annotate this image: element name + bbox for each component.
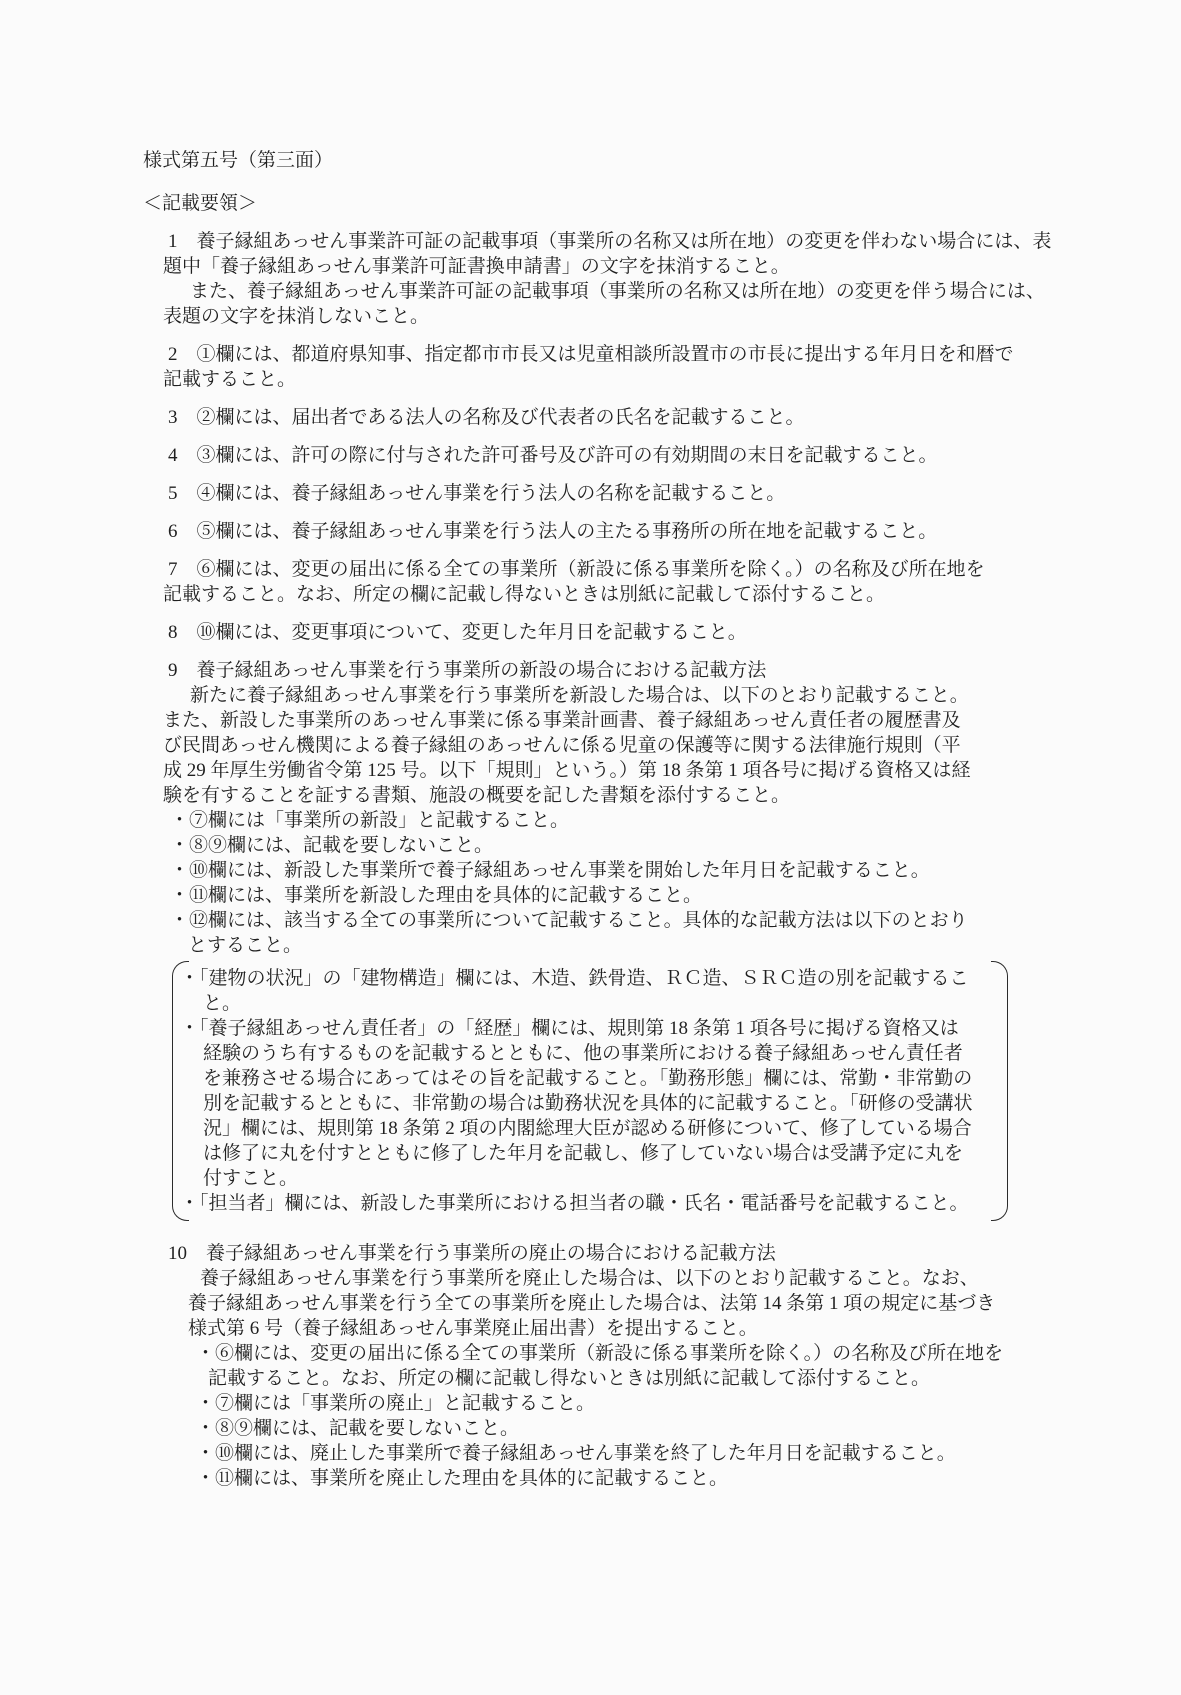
text-line: ・⑧⑨欄には、記載を要しないこと。 xyxy=(170,833,1181,858)
text-line: ・⑩欄には、廃止した事業所で養子縁組あっせん事業を終了した年月日を記載すること。 xyxy=(196,1441,1181,1466)
instruction-item: 9 養子縁組あっせん事業を行う事業所の新設の場合における記載方法新たに養子縁組あ… xyxy=(0,658,1181,958)
notes-box: ・「建物の状況」の「建物構造」欄には、木造、鉄骨造、ＲＣ造、ＳＲＣ造の別を記載す… xyxy=(172,961,1008,1221)
text-line: 10 養子縁組あっせん事業を行う事業所の廃止の場合における記載方法 xyxy=(168,1241,1181,1266)
text-line: ・「養子縁組あっせん責任者」の「経歴」欄には、規則第 18 条第 1 項各号に掲… xyxy=(180,1016,1008,1041)
text-line: 表題の文字を抹消しないこと。 xyxy=(163,304,1181,329)
text-line: 9 養子縁組あっせん事業を行う事業所の新設の場合における記載方法 xyxy=(168,658,1181,683)
text-line: 2 ①欄には、都道府県知事、指定都市市長又は児童相談所設置市の市長に提出する年月… xyxy=(168,342,1181,367)
text-line: 付すこと。 xyxy=(203,1166,1008,1191)
section-heading: ＜記載要領＞ xyxy=(143,191,1181,216)
text-line: 成 29 年厚生労働省令第 125 号。以下「規則」という。）第 18 条第 1… xyxy=(163,758,1181,783)
text-line: 様式第 6 号（養子縁組あっせん事業廃止届出書）を提出すること。 xyxy=(188,1316,1181,1341)
text-line: 新たに養子縁組あっせん事業を行う事業所を新設した場合は、以下のとおり記載すること… xyxy=(190,683,1181,708)
text-line: 記載すること。 xyxy=(163,367,1181,392)
text-line: ・⑪欄には、事業所を新設した理由を具体的に記載すること。 xyxy=(170,883,1181,908)
instruction-item: 1 養子縁組あっせん事業許可証の記載事項（事業所の名称又は所在地）の変更を伴わな… xyxy=(0,229,1181,329)
text-line: また、養子縁組あっせん事業許可証の記載事項（事業所の名称又は所在地）の変更を伴う… xyxy=(190,279,1181,304)
instruction-item: 3 ②欄には、届出者である法人の名称及び代表者の氏名を記載すること。 xyxy=(0,405,1181,430)
text-line: 1 養子縁組あっせん事業許可証の記載事項（事業所の名称又は所在地）の変更を伴わな… xyxy=(168,229,1181,254)
text-line: ・「建物の状況」の「建物構造」欄には、木造、鉄骨造、ＲＣ造、ＳＲＣ造の別を記載す… xyxy=(180,966,1008,991)
text-line: 養子縁組あっせん事業を行う全ての事業所を廃止した場合は、法第 14 条第 1 項… xyxy=(188,1291,1181,1316)
text-line: 8 ⑩欄には、変更事項について、変更した年月日を記載すること。 xyxy=(168,620,1181,645)
instruction-item: 8 ⑩欄には、変更事項について、変更した年月日を記載すること。 xyxy=(0,620,1181,645)
text-line: 7 ⑥欄には、変更の届出に係る全ての事業所（新設に係る事業所を除く。）の名称及び… xyxy=(168,557,1181,582)
instruction-item: 2 ①欄には、都道府県知事、指定都市市長又は児童相談所設置市の市長に提出する年月… xyxy=(0,342,1181,392)
text-line: 況」欄には、規則第 18 条第 2 項の内閣総理大臣が認める研修について、修了し… xyxy=(203,1116,1008,1141)
text-line: また、新設した事業所のあっせん事業に係る事業計画書、養子縁組あっせん責任者の履歴… xyxy=(163,708,1181,733)
instruction-item: 10 養子縁組あっせん事業を行う事業所の廃止の場合における記載方法養子縁組あっせ… xyxy=(0,1241,1181,1491)
text-line: ・⑥欄には、変更の届出に係る全ての事業所（新設に係る事業所を除く。）の名称及び所… xyxy=(196,1341,1181,1366)
instruction-item: 5 ④欄には、養子縁組あっせん事業を行う法人の名称を記載すること。 xyxy=(0,481,1181,506)
text-line: は修了に丸を付すとともに修了した年月を記載し、修了していない場合は受講予定に丸を xyxy=(203,1141,1008,1166)
text-line: 4 ③欄には、許可の際に付与された許可番号及び許可の有効期間の末日を記載すること… xyxy=(168,443,1181,468)
text-line: と。 xyxy=(203,991,1008,1016)
text-line: 別を記載するとともに、非常勤の場合は勤務状況を具体的に記載すること。「研修の受講… xyxy=(203,1091,1008,1116)
instruction-item: 4 ③欄には、許可の際に付与された許可番号及び許可の有効期間の末日を記載すること… xyxy=(0,443,1181,468)
text-line: ・⑦欄には「事業所の新設」と記載すること。 xyxy=(170,808,1181,833)
text-line: ・⑪欄には、事業所を廃止した理由を具体的に記載すること。 xyxy=(196,1466,1181,1491)
text-line: とすること。 xyxy=(188,933,1181,958)
text-line: ・⑦欄には「事業所の廃止」と記載すること。 xyxy=(196,1391,1181,1416)
form-number-label: 様式第五号（第三面） xyxy=(143,148,1181,173)
text-line: 5 ④欄には、養子縁組あっせん事業を行う法人の名称を記載すること。 xyxy=(168,481,1181,506)
text-line: ・⑧⑨欄には、記載を要しないこと。 xyxy=(196,1416,1181,1441)
text-line: 養子縁組あっせん事業を行う事業所を廃止した場合は、以下のとおり記載すること。なお… xyxy=(200,1266,1181,1291)
text-line: 記載すること。なお、所定の欄に記載し得ないときは別紙に記載して添付すること。 xyxy=(208,1366,1181,1391)
text-line: 経験のうち有するものを記載するとともに、他の事業所における養子縁組あっせん責任者 xyxy=(203,1041,1008,1066)
instruction-item: 7 ⑥欄には、変更の届出に係る全ての事業所（新設に係る事業所を除く。）の名称及び… xyxy=(0,557,1181,607)
instruction-item: 6 ⑤欄には、養子縁組あっせん事業を行う法人の主たる事務所の所在地を記載すること… xyxy=(0,519,1181,544)
text-line: 題中「養子縁組あっせん事業許可証書換申請書」の文字を抹消すること。 xyxy=(163,254,1181,279)
text-line: ・⑩欄には、新設した事業所で養子縁組あっせん事業を開始した年月日を記載すること。 xyxy=(170,858,1181,883)
document-page: 様式第五号（第三面） ＜記載要領＞ 1 養子縁組あっせん事業許可証の記載事項（事… xyxy=(0,0,1181,1695)
text-line: ・⑫欄には、該当する全ての事業所について記載すること。具体的な記載方法は以下のと… xyxy=(170,908,1181,933)
text-line: ・「担当者」欄には、新設した事業所における担当者の職・氏名・電話番号を記載するこ… xyxy=(180,1191,1008,1216)
instructions-list: 1 養子縁組あっせん事業許可証の記載事項（事業所の名称又は所在地）の変更を伴わな… xyxy=(0,229,1181,1491)
text-line: 6 ⑤欄には、養子縁組あっせん事業を行う法人の主たる事務所の所在地を記載すること… xyxy=(168,519,1181,544)
text-line: び民間あっせん機関による養子縁組のあっせんに係る児童の保護等に関する法律施行規則… xyxy=(163,733,1181,758)
text-line: 3 ②欄には、届出者である法人の名称及び代表者の氏名を記載すること。 xyxy=(168,405,1181,430)
text-line: 験を有することを証する書類、施設の概要を記した書類を添付すること。 xyxy=(163,783,1181,808)
text-line: 記載すること。なお、所定の欄に記載し得ないときは別紙に記載して添付すること。 xyxy=(163,582,1181,607)
text-line: を兼務させる場合にあってはその旨を記載すること。「勤務形態」欄には、常勤・非常勤… xyxy=(203,1066,1008,1091)
